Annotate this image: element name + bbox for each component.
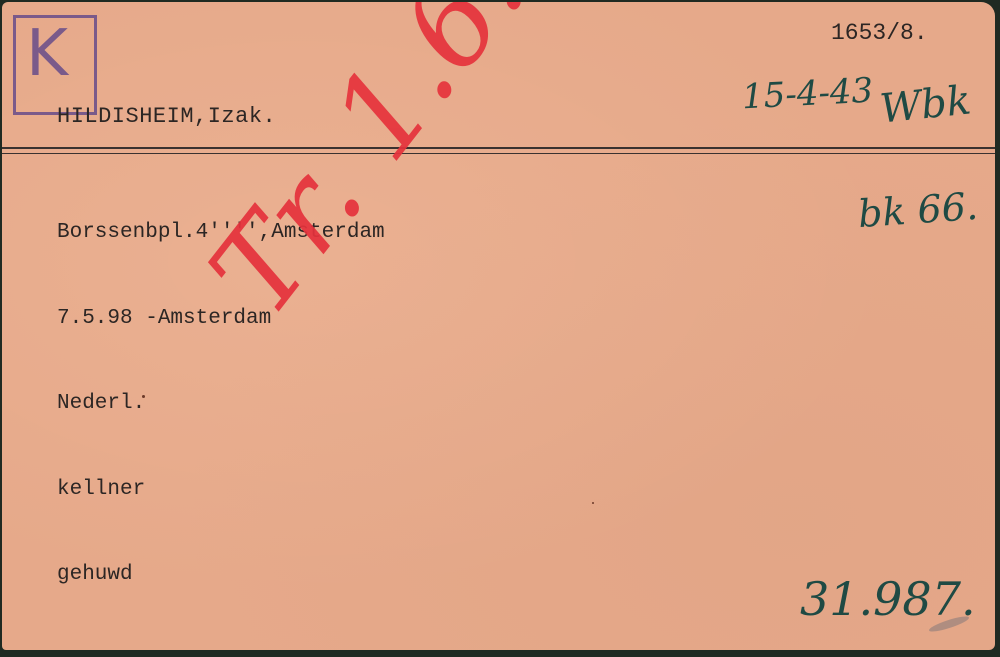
red-pencil-annotation: Tr. 1.6.43 xyxy=(183,2,644,340)
handwritten-category: bk 66. xyxy=(857,184,980,236)
paper-speck xyxy=(592,502,594,504)
index-card: K 1653/8. HILDISHEIM,Izak. Borssenbpl.4'… xyxy=(2,2,995,650)
header-rule-top xyxy=(2,147,995,149)
handwritten-date: 15-4-43 xyxy=(741,71,874,118)
handwritten-bottom-number: 31.987. xyxy=(800,572,976,626)
header-rule-bottom xyxy=(2,153,995,154)
birth-line: 7.5.98 -Amsterdam xyxy=(57,305,385,334)
paper-speck xyxy=(142,395,145,398)
person-name: HILDISHEIM,Izak. xyxy=(57,104,276,129)
nationality-line: Nederl. xyxy=(57,390,385,419)
stamp-letter: K xyxy=(26,22,68,86)
k-stamp: K xyxy=(13,15,97,115)
occupation-line: kellner xyxy=(57,476,385,505)
file-number: 1653/8. xyxy=(831,20,928,46)
handwritten-initials: Wbk xyxy=(878,77,973,132)
marital-status-line: gehuwd xyxy=(57,561,385,590)
